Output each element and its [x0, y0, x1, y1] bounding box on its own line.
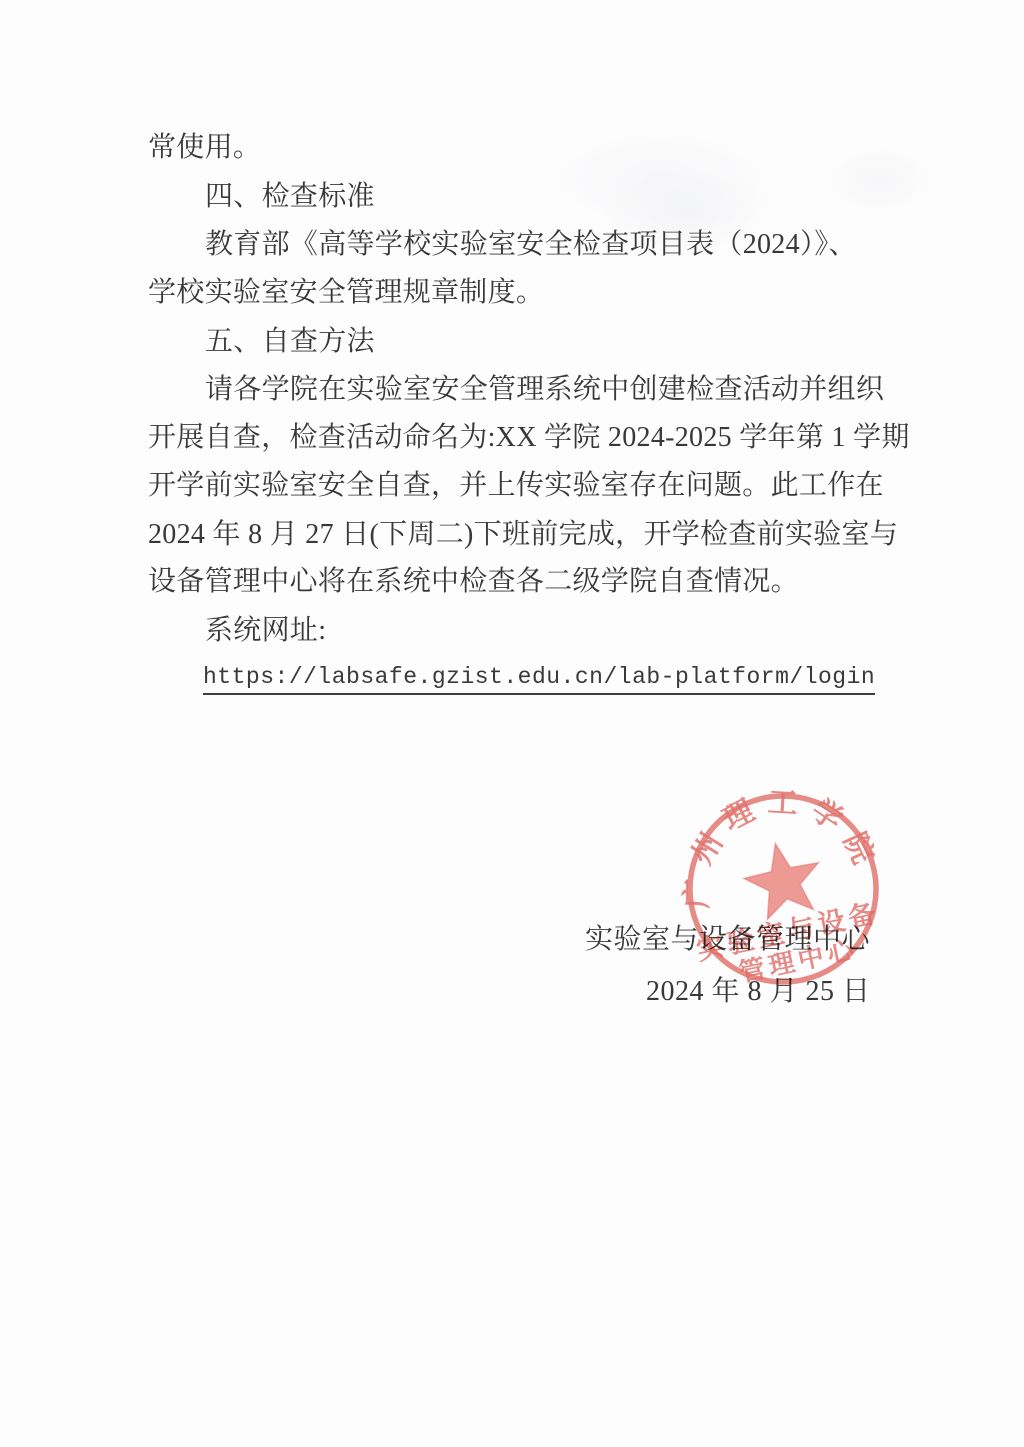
seal-arc-text: 广州理工学院 — [661, 767, 886, 915]
body-line: 设备管理中心将在系统中检查各二级学院自查情况。 — [148, 565, 799, 599]
seal-ring — [673, 779, 894, 1000]
body-line: 2024 年 8 月 27 日(下周二)下班前完成，开学检查前实验室与 — [148, 518, 898, 552]
section-heading-4: 四、检查标准 — [205, 180, 375, 214]
seal-star-icon — [738, 836, 827, 923]
body-line: 请各学院在实验室安全管理系统中创建检查活动并组织 — [205, 373, 884, 407]
body-line: 学校实验室安全管理规章制度。 — [148, 276, 544, 310]
body-line: 常使用。 — [148, 131, 261, 165]
section-heading-5: 五、自查方法 — [205, 325, 375, 359]
body-line: 开展自查，检查活动命名为:XX 学院 2024-2025 学年第 1 学期 — [148, 421, 910, 455]
signature-date: 2024 年 8 月 25 日 — [646, 969, 871, 1009]
signature-department: 实验室与设备管理中心 — [585, 917, 870, 957]
scan-smudge — [530, 120, 790, 240]
body-line: 开学前实验室安全自查，并上传实验室存在问题。此工作在 — [148, 469, 884, 503]
system-url-label: 系统网址: — [205, 614, 326, 648]
body-line: 教育部《高等学校实验室安全检查项目表（2024）》、 — [205, 228, 857, 262]
document-page: 常使用。 四、检查标准 教育部《高等学校实验室安全检查项目表（2024）》、 学… — [0, 0, 1024, 1447]
seal-arc-text-holder: 广州理工学院 — [661, 767, 886, 915]
system-url-row: https://labsafe.gzist.edu.cn/lab-platfor… — [203, 664, 875, 695]
system-url-link[interactable]: https://labsafe.gzist.edu.cn/lab-platfor… — [203, 664, 875, 695]
scan-smudge — [820, 140, 940, 220]
